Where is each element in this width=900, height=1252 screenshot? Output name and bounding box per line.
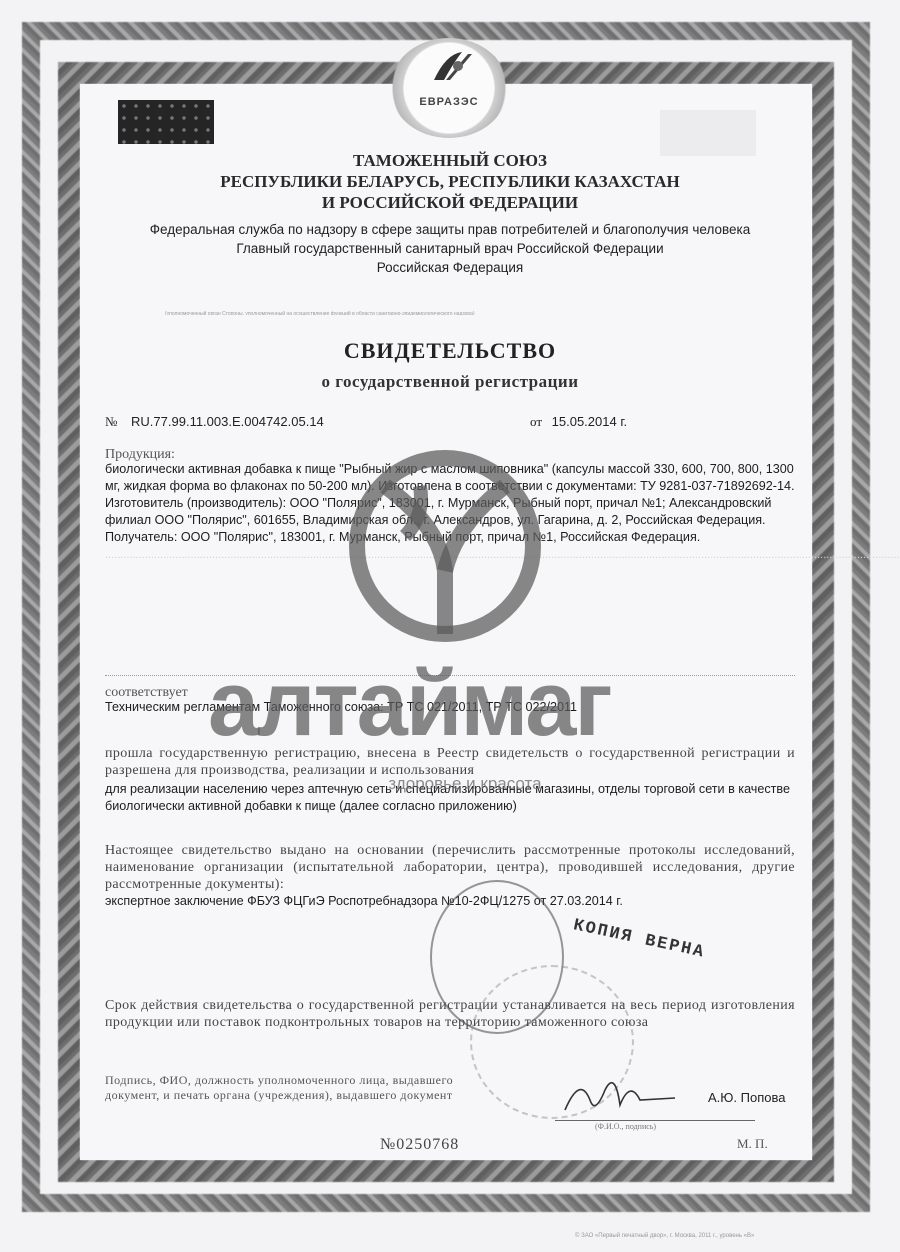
date-prefix: от [530, 414, 542, 429]
union-line: РЕСПУБЛИКИ БЕЛАРУСЬ, РЕСПУБЛИКИ КАЗАХСТА… [0, 171, 900, 192]
number-sign: № [105, 414, 117, 429]
basis-section: Настоящее свидетельство выдано на основа… [105, 842, 795, 910]
hologram-sticker [118, 100, 214, 144]
seal-place-label: М. П. [737, 1136, 768, 1152]
basis-text: Настоящее свидетельство выдано на основа… [105, 842, 795, 893]
union-header: ТАМОЖЕННЫЙ СОЮЗ РЕСПУБЛИКИ БЕЛАРУСЬ, РЕС… [0, 150, 900, 213]
agency-line: Федеральная служба по надзору в сфере за… [0, 220, 900, 239]
signature-caption: (Ф.И.О., подпись) [595, 1122, 656, 1131]
certificate-number-row: № RU.77.99.11.003.Е.004742.05.14 от 15.0… [105, 414, 805, 430]
eurasec-logo-icon [432, 50, 474, 84]
handwritten-signature-icon [560, 1070, 680, 1120]
union-line: ТАМОЖЕННЫЙ СОЮЗ [0, 150, 900, 171]
agency-line: Российская Федерация [0, 258, 900, 277]
eurasec-emblem: ЕВРАЗЭС [390, 38, 508, 138]
fine-print: (уполномоченный орган Стороны, уполномоч… [165, 311, 735, 315]
signature-label: Подпись, ФИО, должность уполномоченного … [105, 1073, 485, 1103]
agency-line: Главный государственный санитарный врач … [0, 239, 900, 258]
union-line: И РОССИЙСКОЙ ФЕДЕРАЦИИ [0, 192, 900, 213]
signer-name: А.Ю. Попова [708, 1090, 785, 1105]
eurasec-label: ЕВРАЗЭС [390, 96, 508, 108]
printer-imprint: © ЗАО «Первый печатный двор», г. Москва,… [575, 1233, 754, 1239]
agency-header: Федеральная служба по надзору в сфере за… [0, 220, 900, 277]
watermark-brand: алтаймаг [208, 658, 708, 750]
signature-line [555, 1120, 755, 1121]
tree-circle-logo-icon [345, 446, 545, 646]
certificate-title: СВИДЕТЕЛЬСТВО [0, 338, 900, 364]
certificate-date: от 15.05.2014 г. [530, 414, 627, 430]
date-value: 15.05.2014 г. [552, 414, 627, 429]
serial-number: №0250768 [380, 1136, 459, 1154]
watermark-tagline: здоровье и красота [335, 774, 595, 794]
certificate-number: RU.77.99.11.003.Е.004742.05.14 [131, 414, 324, 429]
certificate-subtitle: о государственной регистрации [0, 372, 900, 392]
